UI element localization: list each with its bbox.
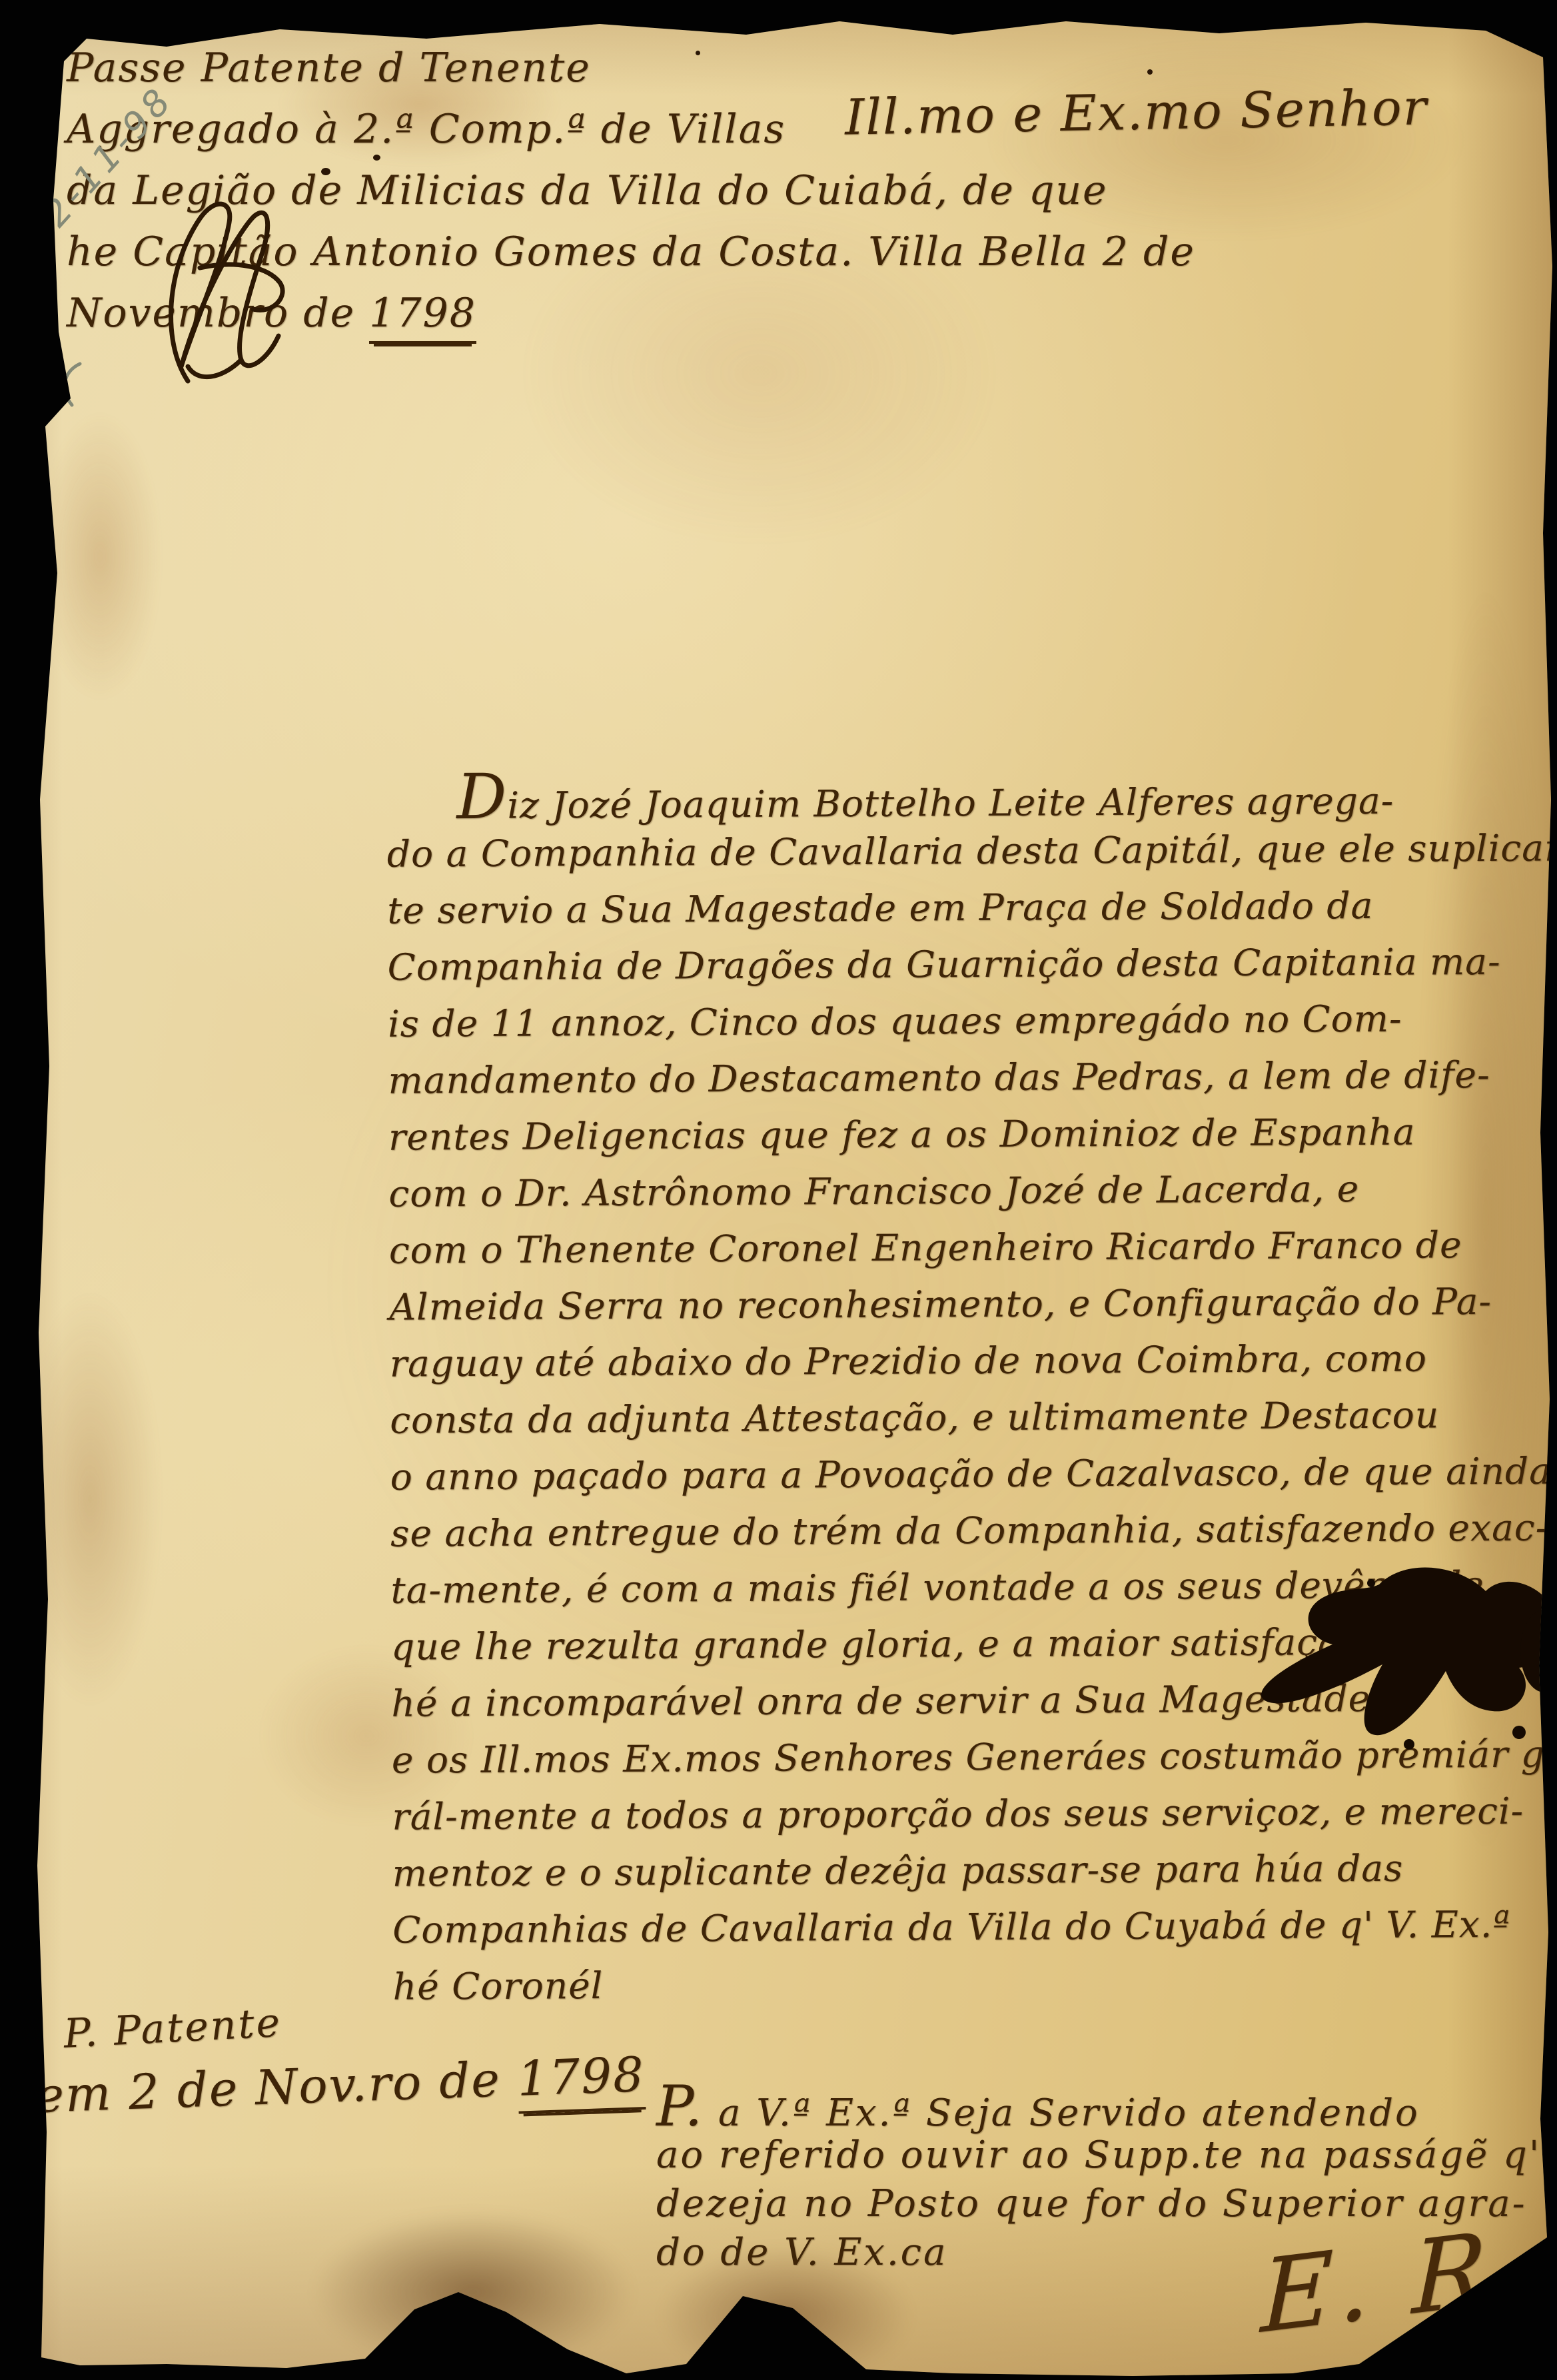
body-line: raguay até abaixo do Prezidio de nova Co… [390,1329,1557,1392]
docket-date-prefix: em 2 de Nov.ro de [35,2052,502,2123]
body-line: mandamento do Destacamento das Pedras, a… [388,1046,1557,1109]
paper-stain [313,2212,633,2372]
petition-body: Diz Jozé Joaquim Bottelho Leite Alferes … [386,763,1557,2015]
salutation: Ill.mo e Ex.mo Senhor [844,79,1428,146]
body-line: rál-mente a todos a proporção dos seus s… [392,1782,1557,1845]
body-line: rentes Deligencias que fez a os Dominioz… [388,1103,1557,1165]
paper-stain [20,1293,160,1706]
body-line: te servio a Sua Magestade em Praça de So… [387,876,1557,939]
body-line: is de 11 annoz, Cinco dos quaes empregád… [388,989,1557,1052]
scan-background: Passe Patente d Tenente Aggregado à 2.ª … [0,0,1557,2380]
body-line: o anno paçado para a Povoação de Cazalva… [390,1443,1557,1505]
body-line: com o Dr. Astrônomo Francisco Jozé de La… [388,1159,1557,1222]
body-line: com o Thenente Coronel Engenheiro Ricard… [389,1216,1557,1279]
monogram-rubric [141,188,301,388]
header-year-underlined: 1798 [369,290,476,344]
docket-title: P. Patente [63,1980,646,2058]
body-line: mentoz e o suplicante dezêja passar-se p… [392,1839,1557,1902]
manuscript-page: Passe Patente d Tenente Aggregado à 2.ª … [0,0,1557,2380]
closing-line: ao referido ouvir ao Supp.te na passágẽ … [656,2131,1541,2179]
docket-note: P. Patente em 2 de Nov.ro de 1798 [63,1996,645,2113]
paper-stain [40,413,160,700]
body-line: do a Companhia de Cavallaria desta Capit… [387,820,1557,882]
body-line: Diz Jozé Joaquim Bottelho Leite Alferes … [386,763,1557,826]
body-line: consta da adjunta Attestação, e ultimame… [390,1386,1557,1449]
docket-date-line: em 2 de Nov.ro de 1798 [35,2046,646,2123]
body-line: Companhia de Dragões da Guarnição desta … [387,933,1557,995]
body-line: Companhias de Cavallaria da Villa do Cuy… [392,1896,1557,1958]
body-line: Almeida Serra no reconhesimento, e Confi… [389,1273,1557,1335]
closing-line: P. a V.ª Ex.ª Seja Servido atendendo [656,2082,1541,2131]
docket-year-underlined: 1798 [516,2046,646,2114]
pencil-flourish [56,360,88,410]
ink-blot [1173,1544,1557,1764]
